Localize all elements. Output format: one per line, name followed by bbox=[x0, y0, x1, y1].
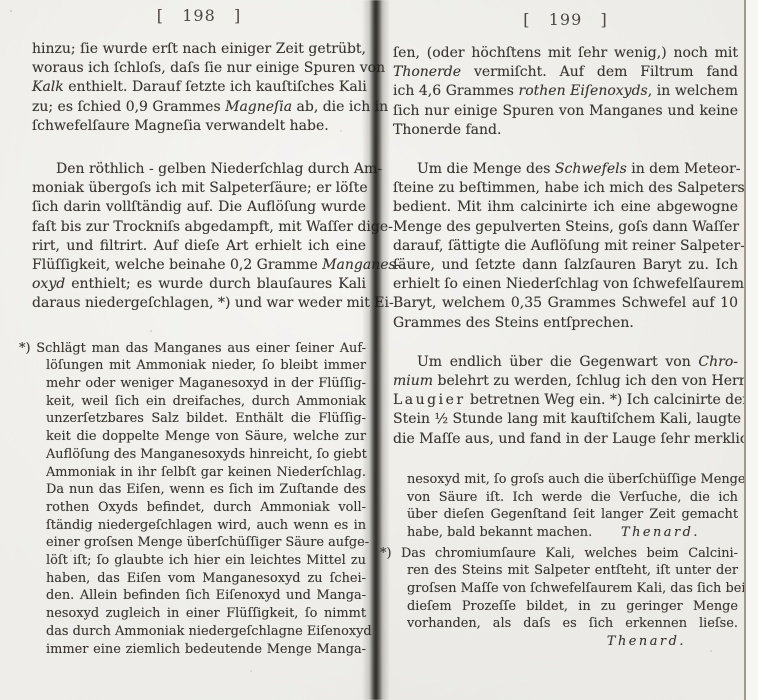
text-line: immer eine ziemlich bedeutende Menge Man… bbox=[32, 641, 366, 659]
page-number-199: [ 199 ] bbox=[393, 10, 738, 34]
text-line: Den röthlich - gelben Niederſchlag durch… bbox=[32, 160, 366, 179]
text-line: *) Das chromiumſaure Kali, welches beim … bbox=[380, 545, 738, 563]
text-line: zu; es ſchied 0,9 Grammes Magneſia ab, d… bbox=[32, 98, 366, 117]
text-line: vorhanden, als daſs es ſich erkennen lie… bbox=[393, 615, 738, 633]
text-line: keit die doppelte Menge von Säure, welch… bbox=[32, 428, 366, 446]
text-line: haben, das Eiſen vom Manganesoxyd zu ſch… bbox=[32, 570, 366, 588]
text-line: unzerſetzbares Salz bildet. Enthält die … bbox=[32, 410, 366, 428]
text-line: über dieſen Gegenſtand ſeit langer Zeit … bbox=[393, 506, 738, 524]
text-line: die Maſſe aus, und fand in der Lauge ſeh… bbox=[393, 430, 738, 449]
text-line: ſich darin vollſtändig auf. Die Auflöſun… bbox=[32, 198, 366, 217]
text-line: Laugier betretnen Weg ein. *) Ich calcin… bbox=[393, 391, 738, 410]
p199-fn2: *) Das chromiumſaure Kali, welches beim … bbox=[393, 545, 738, 651]
p198-footnote: *) Schlägt man das Manganes aus einer ſe… bbox=[32, 340, 366, 659]
text-line: ſen, (oder höchſtens mit ſehr wenig,) no… bbox=[393, 44, 738, 63]
binding-gutter-shadow bbox=[362, 0, 390, 700]
text-line: Thonerde fand. bbox=[393, 121, 738, 140]
p199-fncont: nesoxyd mit, ſo groſs auch die überſchüſ… bbox=[393, 471, 738, 542]
text-line: rothen Oxyds befindet, durch Ammoniak vo… bbox=[32, 499, 366, 517]
book-scan: [ 198 ] hinzu; ſie wurde erſt nach einig… bbox=[0, 0, 758, 700]
page-number-198: [ 198 ] bbox=[32, 6, 366, 30]
text-line: Grammes des Steins entſprechen. bbox=[393, 314, 738, 333]
text-line: ſchwefelſaure Magneſia verwandelt habe. bbox=[32, 117, 366, 136]
text-line: dieſem Prozeſſe bildet, in zu geringer M… bbox=[393, 598, 738, 616]
text-line: ich 4,6 Grammes rothen Eiſenoxyds, in we… bbox=[393, 82, 738, 101]
text-line: *) Schlägt man das Manganes aus einer ſe… bbox=[19, 340, 366, 358]
text-line: erhielt ſo einen Niederſchlag von ſchwef… bbox=[393, 275, 738, 294]
text-line: faſt bis zur Trockniſs abgedampft, mit W… bbox=[32, 218, 366, 237]
text-line: Kalk enthielt. Darauf ſetzte ich kauſtiſ… bbox=[32, 78, 366, 97]
text-line: ſäure, und ſetzte dann ſalzſauren Baryt … bbox=[393, 256, 738, 275]
page-199-content: ſen, (oder höchſtens mit ſehr wenig,) no… bbox=[393, 44, 738, 651]
page-198: [ 198 ] hinzu; ſie wurde erſt nach einig… bbox=[32, 6, 366, 658]
page-199: [ 199 ] ſen, (oder höchſtens mit ſehr we… bbox=[393, 10, 738, 651]
text-line: einer groſsen Menge überſchüſſiger Säure… bbox=[32, 534, 366, 552]
text-line: ren des Steins mit Salpeter entſteht, iſ… bbox=[393, 562, 738, 580]
text-line: rirt, und filtrirt. Auf dieſe Art erhiel… bbox=[32, 237, 366, 256]
text-line: hinzu; ſie wurde erſt nach einiger Zeit … bbox=[32, 40, 366, 59]
page-edge-line bbox=[744, 0, 746, 700]
text-line: ſich nur einige Spuren von Manganes und … bbox=[393, 102, 738, 121]
text-line: Stein ½ Stunde lang mit kauſtiſchem Kali… bbox=[393, 410, 738, 429]
text-line: daraus niedergeſchlagen, *) und war wede… bbox=[32, 294, 366, 313]
text-line: den. Allein befinden ſich Eiſenoxyd und … bbox=[32, 587, 366, 605]
text-line: bedient. Mit ihm calcinirte ich eine abg… bbox=[393, 198, 738, 217]
p199-para2: Um die Menge des Schwefels in dem Meteor… bbox=[393, 160, 738, 333]
text-line: von Säure iſt. Ich werde die Verſuche, d… bbox=[393, 489, 738, 507]
text-line: nesoxyd zugleich in einer Flüſſigkeit, ſ… bbox=[32, 605, 366, 623]
p198-para1: hinzu; ſie wurde erſt nach einiger Zeit … bbox=[32, 40, 366, 136]
text-line: Thenard. bbox=[393, 633, 738, 651]
text-line: mehr oder weniger Maganesoxyd in der Flü… bbox=[32, 375, 366, 393]
text-line: Baryt, welchem 0,35 Grammes Schwefel auf… bbox=[393, 294, 738, 313]
text-line: ſteine zu beſtimmen, habe ich mich des S… bbox=[393, 179, 738, 198]
text-line: habe, bald bekannt machen.Thenard. bbox=[393, 524, 738, 542]
p199-para3: Um endlich über die Gegenwart von Chro-m… bbox=[393, 353, 738, 449]
text-line: Um endlich über die Gegenwart von Chro- bbox=[393, 353, 738, 372]
text-line: Um die Menge des Schwefels in dem Meteor… bbox=[393, 160, 738, 179]
text-line: Ammoniak in ihr ſelbſt gar keinen Nieder… bbox=[32, 464, 366, 482]
outer-margin bbox=[746, 0, 758, 700]
text-line: nesoxyd mit, ſo groſs auch die überſchüſ… bbox=[393, 471, 738, 489]
text-line: keit, weil ſich ein dreifaches, durch Am… bbox=[32, 393, 366, 411]
text-line: mium belehrt zu werden, ſchlug ich den v… bbox=[393, 372, 738, 391]
p199-para1: ſen, (oder höchſtens mit ſehr wenig,) no… bbox=[393, 44, 738, 140]
text-line: ſtändig niedergeſchlagen wird, auch wenn… bbox=[32, 517, 366, 535]
text-line: das durch Ammoniak niedergeſchlagne Eiſe… bbox=[32, 623, 366, 641]
p198-para2: Den röthlich - gelben Niederſchlag durch… bbox=[32, 160, 366, 314]
text-line: groſsen Maſſe von ſchwefelſaurem Kali, d… bbox=[393, 580, 738, 598]
text-line: Flüſſigkeit, welche beinahe 0,2 Gramme M… bbox=[32, 256, 366, 275]
text-line: Thonerde vermiſcht. Auf dem Filtrum fand bbox=[393, 63, 738, 82]
page-198-content: hinzu; ſie wurde erſt nach einiger Zeit … bbox=[32, 40, 366, 658]
text-line: woraus ich ſchloſs, daſs ſie nur einige … bbox=[32, 59, 366, 78]
text-line: löſungen mit Ammoniak nieder, ſo bleibt … bbox=[32, 357, 366, 375]
paper-speckles bbox=[10, 10, 12, 12]
text-line: oxyd enthielt; es wurde durch blauſaures… bbox=[32, 275, 366, 294]
text-line: löſt iſt; ſo glaubte ich hier ein leicht… bbox=[32, 552, 366, 570]
text-line: moniak übergoſs ich mit Salpeterſäure; e… bbox=[32, 179, 366, 198]
text-line: Auflöſung des Manganesoxyds hinreicht, ſ… bbox=[32, 446, 366, 464]
text-line: Da nun das Eiſen, wenn es ſich im Zuſtan… bbox=[32, 481, 366, 499]
text-line: Menge des gepulverten Steins, goſs dann … bbox=[393, 218, 738, 237]
text-line: darauf, ſättigte die Auflöſung mit reine… bbox=[393, 237, 738, 256]
